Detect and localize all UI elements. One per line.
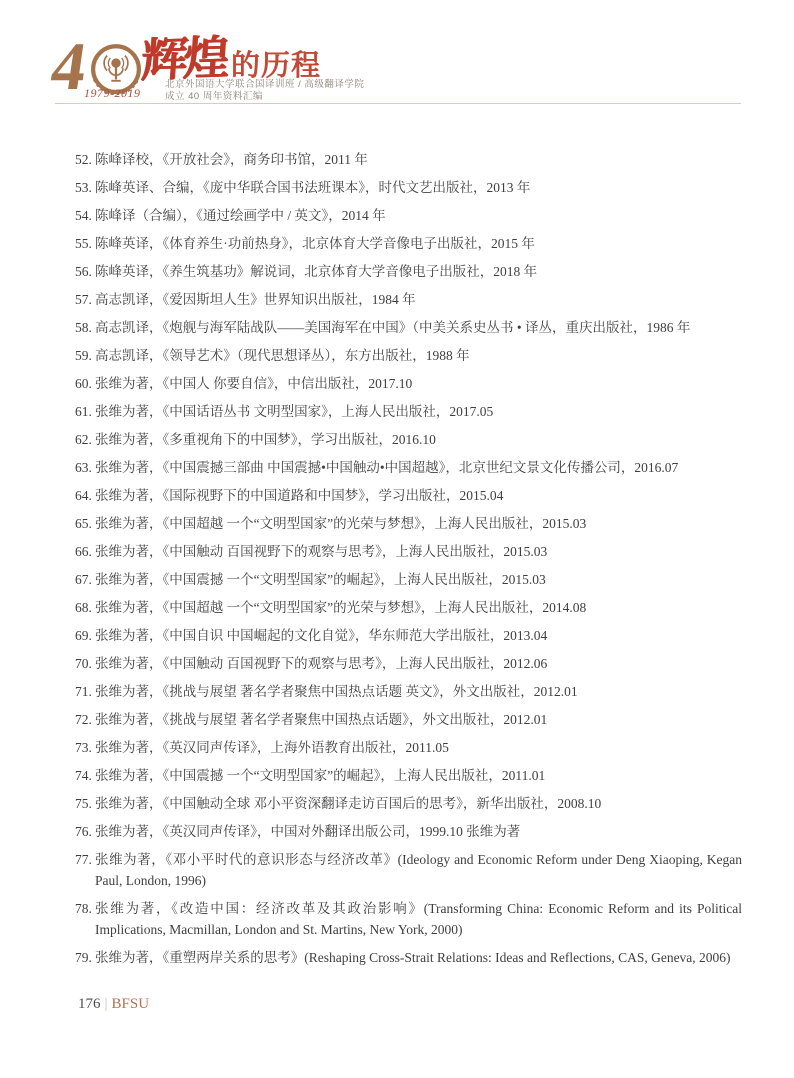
list-item: 69.张维为著，《中国自识 中国崛起的文化自觉》，华东师范大学出版社，2013.… bbox=[75, 625, 742, 646]
item-text: 张维为著，《中国话语丛书 文明型国家》，上海人民出版社，2017.05 bbox=[95, 401, 742, 422]
item-text: 张维为著，《中国震撼 一个“文明型国家”的崛起》，上海人民出版社，2015.03 bbox=[95, 569, 742, 590]
item-text: 张维为著，《中国触动全球 邓小平资深翻译走访百国后的思考》，新华出版社，2008… bbox=[95, 793, 742, 814]
list-item: 52.陈峰译校，《开放社会》，商务印书馆，2011 年 bbox=[75, 149, 742, 170]
item-number: 61. bbox=[75, 401, 95, 422]
item-text: 张维为著，《中国震撼三部曲 中国震撼•中国触动•中国超越》，北京世纪文景文化传播… bbox=[95, 457, 742, 478]
subtitle-line2: 成立 40 周年资料汇编 bbox=[165, 91, 364, 103]
item-text: 张维为著，《挑战与展望 著名学者聚焦中国热点话题 英文》，外文出版社，2012.… bbox=[95, 681, 742, 702]
item-number: 55. bbox=[75, 233, 95, 254]
publication-list: 52.陈峰译校，《开放社会》，商务印书馆，2011 年53.陈峰英译、合编，《庞… bbox=[75, 149, 742, 975]
item-number: 53. bbox=[75, 177, 95, 198]
item-text: 高志凯译，《爱因斯坦人生》世界知识出版社，1984 年 bbox=[95, 289, 742, 310]
item-number: 78. bbox=[75, 898, 95, 940]
item-number: 52. bbox=[75, 149, 95, 170]
item-number: 72. bbox=[75, 709, 95, 730]
page-title: 辉煌 的历程 bbox=[141, 36, 321, 84]
page-footer: 176|BFSU bbox=[78, 995, 149, 1013]
document-page: 4 1979-2019 辉煌 的历程 北京外国语大学联合国译训班 / 高级翻译学… bbox=[0, 0, 794, 1078]
header-divider bbox=[55, 103, 741, 104]
item-text: 陈峰译（合编），《通过绘画学中 / 英文》，2014 年 bbox=[95, 205, 742, 226]
item-number: 62. bbox=[75, 429, 95, 450]
item-text: 张维为著，《中国自识 中国崛起的文化自觉》，华东师范大学出版社，2013.04 bbox=[95, 625, 742, 646]
footer-separator: | bbox=[101, 996, 112, 1012]
list-item: 62.张维为著，《多重视角下的中国梦》，学习出版社，2016.10 bbox=[75, 429, 742, 450]
list-item: 67.张维为著，《中国震撼 一个“文明型国家”的崛起》，上海人民出版社，2015… bbox=[75, 569, 742, 590]
list-item: 57.高志凯译，《爱因斯坦人生》世界知识出版社，1984 年 bbox=[75, 289, 742, 310]
list-item: 70.张维为著，《中国触动 百国视野下的观察与思考》，上海人民出版社，2012.… bbox=[75, 653, 742, 674]
list-item: 75.张维为著，《中国触动全球 邓小平资深翻译走访百国后的思考》，新华出版社，2… bbox=[75, 793, 742, 814]
item-text: 张维为著，《中国触动 百国视野下的观察与思考》，上海人民出版社，2012.06 bbox=[95, 653, 742, 674]
item-number: 69. bbox=[75, 625, 95, 646]
item-number: 67. bbox=[75, 569, 95, 590]
page-number: 176 bbox=[78, 996, 101, 1012]
list-item: 58.高志凯译，《炮舰与海军陆战队——美国海军在中国》（中美关系史丛书 • 译丛… bbox=[75, 317, 742, 338]
list-item: 61.张维为著，《中国话语丛书 文明型国家》，上海人民出版社，2017.05 bbox=[75, 401, 742, 422]
item-text: 张维为著，《邓小平时代的意识形态与经济改革》(Ideology and Econ… bbox=[95, 849, 742, 891]
item-text: 张维为著，《中国触动 百国视野下的观察与思考》，上海人民出版社，2015.03 bbox=[95, 541, 742, 562]
item-text: 陈峰译校，《开放社会》，商务印书馆，2011 年 bbox=[95, 149, 742, 170]
item-text: 张维为著，《中国超越 一个“文明型国家”的光荣与梦想》，上海人民出版社，2015… bbox=[95, 513, 742, 534]
item-number: 63. bbox=[75, 457, 95, 478]
item-number: 79. bbox=[75, 947, 95, 968]
item-text: 陈峰英译、合编，《庞中华联合国书法班课本》，时代文艺出版社，2013 年 bbox=[95, 177, 742, 198]
item-number: 77. bbox=[75, 849, 95, 891]
item-text: 张维为著，《英汉同声传译》，中国对外翻译出版公司，1999.10 张维为著 bbox=[95, 821, 742, 842]
list-item: 72.张维为著，《挑战与展望 著名学者聚焦中国热点话题》，外文出版社，2012.… bbox=[75, 709, 742, 730]
item-number: 70. bbox=[75, 653, 95, 674]
list-item: 78.张维为著，《改造中国：经济改革及其政治影响》(Transforming C… bbox=[75, 898, 742, 940]
item-text: 张维为著，《挑战与展望 著名学者聚焦中国热点话题》，外文出版社，2012.01 bbox=[95, 709, 742, 730]
list-item: 76.张维为著，《英汉同声传译》，中国对外翻译出版公司，1999.10 张维为著 bbox=[75, 821, 742, 842]
item-text: 陈峰英译，《养生筑基功》解说词，北京体育大学音像电子出版社，2018 年 bbox=[95, 261, 742, 282]
item-number: 60. bbox=[75, 373, 95, 394]
list-item: 59.高志凯译，《领导艺术》（现代思想译丛），东方出版社，1988 年 bbox=[75, 345, 742, 366]
anniversary-years: 1979-2019 bbox=[84, 86, 141, 101]
item-number: 68. bbox=[75, 597, 95, 618]
item-number: 64. bbox=[75, 485, 95, 506]
list-item: 66.张维为著，《中国触动 百国视野下的观察与思考》，上海人民出版社，2015.… bbox=[75, 541, 742, 562]
item-number: 58. bbox=[75, 317, 95, 338]
list-item: 53.陈峰英译、合编，《庞中华联合国书法班课本》，时代文艺出版社，2013 年 bbox=[75, 177, 742, 198]
item-text: 张维为著，《英汉同声传译》，上海外语教育出版社，2011.05 bbox=[95, 737, 742, 758]
item-text: 高志凯译，《炮舰与海军陆战队——美国海军在中国》（中美关系史丛书 • 译丛，重庆… bbox=[95, 317, 742, 338]
footer-label: BFSU bbox=[112, 996, 150, 1012]
item-number: 56. bbox=[75, 261, 95, 282]
item-number: 71. bbox=[75, 681, 95, 702]
item-text: 张维为著，《中国震撼 一个“文明型国家”的崛起》，上海人民出版社，2011.01 bbox=[95, 765, 742, 786]
item-number: 75. bbox=[75, 793, 95, 814]
title-calligraphy: 辉煌 bbox=[139, 34, 226, 85]
list-item: 56.陈峰英译，《养生筑基功》解说词，北京体育大学音像电子出版社，2018 年 bbox=[75, 261, 742, 282]
list-item: 60.张维为著，《中国人 你要自信》，中信出版社，2017.10 bbox=[75, 373, 742, 394]
list-item: 68.张维为著，《中国超越 一个“文明型国家”的光荣与梦想》，上海人民出版社，2… bbox=[75, 597, 742, 618]
list-item: 74.张维为著，《中国震撼 一个“文明型国家”的崛起》，上海人民出版社，2011… bbox=[75, 765, 742, 786]
item-number: 57. bbox=[75, 289, 95, 310]
item-number: 76. bbox=[75, 821, 95, 842]
item-number: 65. bbox=[75, 513, 95, 534]
item-text: 张维为著，《多重视角下的中国梦》，学习出版社，2016.10 bbox=[95, 429, 742, 450]
list-item: 77.张维为著，《邓小平时代的意识形态与经济改革》(Ideology and E… bbox=[75, 849, 742, 891]
item-text: 张维为著，《中国超越 一个“文明型国家”的光荣与梦想》，上海人民出版社，2014… bbox=[95, 597, 742, 618]
item-number: 54. bbox=[75, 205, 95, 226]
list-item: 63.张维为著，《中国震撼三部曲 中国震撼•中国触动•中国超越》，北京世纪文景文… bbox=[75, 457, 742, 478]
item-text: 高志凯译，《领导艺术》（现代思想译丛），东方出版社，1988 年 bbox=[95, 345, 742, 366]
list-item: 71.张维为著，《挑战与展望 著名学者聚焦中国热点话题 英文》，外文出版社，20… bbox=[75, 681, 742, 702]
list-item: 55.陈峰英译，《体育养生·功前热身》，北京体育大学音像电子出版社，2015 年 bbox=[75, 233, 742, 254]
item-text: 张维为著，《重塑两岸关系的思考》(Reshaping Cross-Strait … bbox=[95, 947, 742, 968]
item-number: 74. bbox=[75, 765, 95, 786]
item-number: 73. bbox=[75, 737, 95, 758]
item-text: 张维为著，《国际视野下的中国道路和中国梦》，学习出版社，2015.04 bbox=[95, 485, 742, 506]
item-text: 张维为著，《改造中国：经济改革及其政治影响》(Transforming Chin… bbox=[95, 898, 742, 940]
list-item: 79.张维为著，《重塑两岸关系的思考》(Reshaping Cross-Stra… bbox=[75, 947, 742, 968]
header-subtitle: 北京外国语大学联合国译训班 / 高级翻译学院 成立 40 周年资料汇编 bbox=[165, 79, 364, 103]
list-item: 73.张维为著，《英汉同声传译》，上海外语教育出版社，2011.05 bbox=[75, 737, 742, 758]
subtitle-line1: 北京外国语大学联合国译训班 / 高级翻译学院 bbox=[165, 79, 364, 91]
list-item: 54.陈峰译（合编），《通过绘画学中 / 英文》，2014 年 bbox=[75, 205, 742, 226]
list-item: 64.张维为著，《国际视野下的中国道路和中国梦》，学习出版社，2015.04 bbox=[75, 485, 742, 506]
item-number: 59. bbox=[75, 345, 95, 366]
item-number: 66. bbox=[75, 541, 95, 562]
list-item: 65.张维为著，《中国超越 一个“文明型国家”的光荣与梦想》，上海人民出版社，2… bbox=[75, 513, 742, 534]
item-text: 陈峰英译，《体育养生·功前热身》，北京体育大学音像电子出版社，2015 年 bbox=[95, 233, 742, 254]
item-text: 张维为著，《中国人 你要自信》，中信出版社，2017.10 bbox=[95, 373, 742, 394]
